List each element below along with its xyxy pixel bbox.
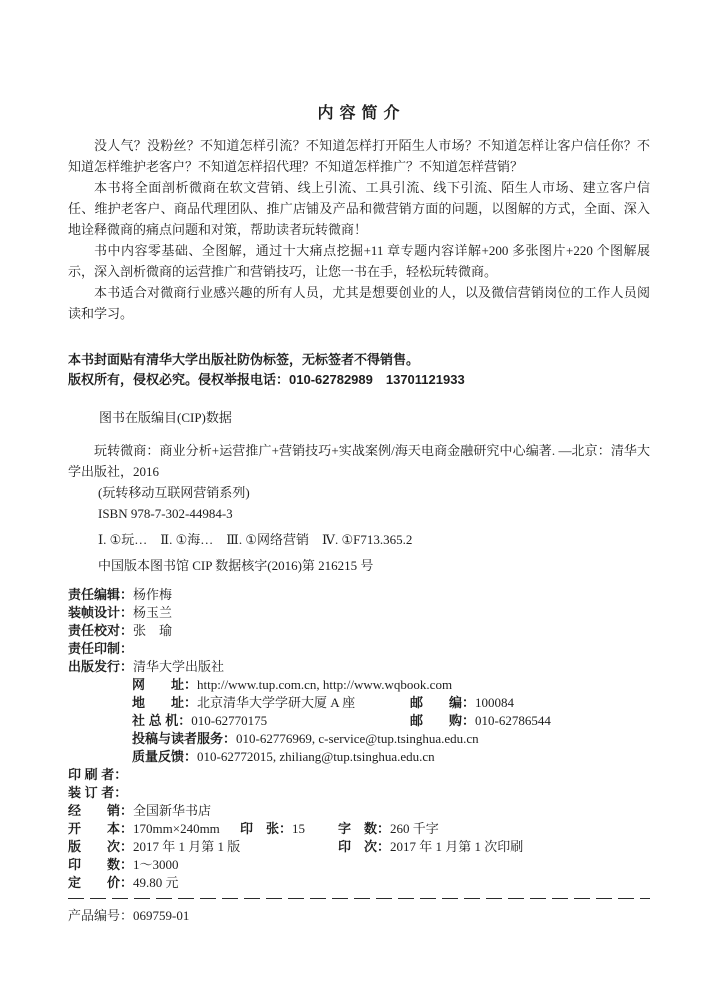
printer-label: 印 刷 者： [68,767,127,782]
distributor-value: 全国新华书店 [133,803,211,818]
designer-value: 杨玉兰 [133,605,172,620]
cip-isbn: ISBN 978-7-302-44984-3 [68,503,650,524]
quality-feedback-value: 010-62772015, zhiliang@tup.tsinghua.edu.… [197,749,435,764]
website-row: 网 址：http://www.tup.com.cn, http://www.wq… [132,676,650,694]
address-value: 北京清华大学学研大厦 A 座 [197,695,355,710]
address-label: 地 址： [132,695,197,710]
designer-row: 装帧设计：杨玉兰 [68,604,650,622]
website-label: 网 址： [132,677,197,692]
anti-piracy-notice: 本书封面贴有清华大学出版社防伪标签，无标签者不得销售。 版权所有，侵权必究。侵权… [68,350,650,390]
distributor-row: 经 销：全国新华书店 [68,802,650,820]
reader-service-row: 投稿与读者服务：010-62776969, c-service@tup.tsin… [132,730,650,748]
cip-record-number: 中国版本图书馆 CIP 数据核字(2016)第 216215 号 [68,555,650,576]
binder-label: 装 订 者： [68,785,127,800]
website-value: http://www.tup.com.cn, http://www.wqbook… [197,677,452,692]
impression-label: 印 次： [338,839,390,854]
switchboard-value: 010-62770175 [191,713,267,728]
switchboard-label: 社 总 机： [132,713,191,728]
postcode-value: 100084 [475,695,514,710]
word-count-value: 260 千字 [390,821,439,836]
price-label: 定 价： [68,875,133,890]
postcode-group: 邮 编：100084 [410,694,514,712]
price-value: 49.80 元 [133,875,179,890]
publisher-row: 出版发行：清华大学出版社 [68,658,650,676]
intro-section: 没人气？没粉丝？不知道怎样引流？不知道怎样打开陌生人市场？不知道怎样让客户信任你… [68,135,650,324]
print-run-row: 印 数：1～3000 [68,856,650,874]
copyright-hotline-line: 版权所有，侵权必究。侵权举报电话：010-62782989 1370112193… [68,370,650,390]
word-count-group: 字 数：260 千字 [338,820,439,838]
intro-paragraph-1: 没人气？没粉丝？不知道怎样引流？不知道怎样打开陌生人市场？不知道怎样让客户信任你… [68,135,650,177]
print-run-value: 1～3000 [133,857,179,872]
format-row: 开 本：170mm×240mm 印 张：15 字 数：260 千字 [68,820,650,838]
product-code-row: 产品编号：069759-01 [68,907,650,925]
editor-label: 责任编辑： [68,587,133,602]
publisher-label: 出版发行： [68,659,133,674]
anti-piracy-line: 本书封面贴有清华大学出版社防伪标签，无标签者不得销售。 [68,350,650,370]
sheets-value: 15 [292,821,305,836]
format-label: 开 本： [68,821,133,836]
edition-label: 版 次： [68,839,133,854]
intro-paragraph-3: 书中内容零基础、全图解，通过十大痛点挖掘+11 章专题内容详解+200 多张图片… [68,240,650,282]
address-row: 地 址：北京清华大学学研大厦 A 座 邮 编：100084 [132,694,650,712]
product-code-label: 产品编号： [68,908,133,923]
print-supervisor-row: 责任印制： [68,640,650,658]
editor-row: 责任编辑：杨作梅 [68,586,650,604]
mail-order-group: 邮 购：010-62786544 [410,712,551,730]
edition-row: 版 次：2017 年 1 月第 1 版 印 次：2017 年 1 月第 1 次印… [68,838,650,856]
printer-row: 印 刷 者： [68,766,650,784]
edition-value: 2017 年 1 月第 1 版 [133,839,240,854]
sheets-group: 印 张：15 [240,820,305,838]
price-row: 定 价：49.80 元 [68,874,650,892]
proofreader-row: 责任校对：张 瑜 [68,622,650,640]
product-code-value: 069759-01 [133,908,189,923]
distributor-label: 经 销： [68,803,133,818]
postcode-label: 邮 编： [410,695,475,710]
mail-order-label: 邮 购： [410,713,475,728]
word-count-label: 字 数： [338,821,390,836]
cip-series: (玩转移动互联网营销系列) [68,482,650,503]
impression-group: 印 次：2017 年 1 月第 1 次印刷 [338,838,523,856]
reader-service-label: 投稿与读者服务： [132,731,236,746]
mail-order-value: 010-62786544 [475,713,551,728]
sheets-label: 印 张： [240,821,292,836]
colophon-section: 责任编辑：杨作梅 装帧设计：杨玉兰 责任校对：张 瑜 责任印制： 出版发行：清华… [68,586,650,892]
page-title: 内 容 简 介 [68,105,650,122]
cip-heading: 图书在版编目(CIP)数据 [68,407,650,428]
cip-entry: 玩转微商：商业分析+运营推广+营销技巧+实战案例/海天电商金融研究中心编著. —… [68,440,650,482]
proofreader-value: 张 瑜 [133,623,172,638]
intro-paragraph-2: 本书将全面剖析微商在软文营销、线上引流、工具引流、线下引流、陌生人市场、建立客户… [68,177,650,240]
dashed-divider [68,898,650,899]
cip-classification: Ⅰ. ①玩… Ⅱ. ①海… Ⅲ. ①网络营销 Ⅳ. ①F713.365.2 [68,529,650,550]
reader-service-value: 010-62776969, c-service@tup.tsinghua.edu… [236,731,479,746]
intro-paragraph-4: 本书适合对微商行业感兴趣的所有人员，尤其是想要创业的人，以及微信营销岗位的工作人… [68,282,650,324]
format-value: 170mm×240mm [133,821,220,836]
quality-feedback-label: 质量反馈： [132,749,197,764]
print-run-label: 印 数： [68,857,133,872]
proofreader-label: 责任校对： [68,623,133,638]
impression-value: 2017 年 1 月第 1 次印刷 [390,839,523,854]
switchboard-row: 社 总 机：010-62770175 邮 购：010-62786544 [132,712,650,730]
print-supervisor-label: 责任印制： [68,641,133,656]
binder-row: 装 订 者： [68,784,650,802]
editor-value: 杨作梅 [133,587,172,602]
designer-label: 装帧设计： [68,605,133,620]
quality-feedback-row: 质量反馈：010-62772015, zhiliang@tup.tsinghua… [132,748,650,766]
publisher-value: 清华大学出版社 [133,659,224,674]
cip-section: 图书在版编目(CIP)数据 玩转微商：商业分析+运营推广+营销技巧+实战案例/海… [68,407,650,576]
copyright-page: 内 容 简 介 没人气？没粉丝？不知道怎样引流？不知道怎样打开陌生人市场？不知道… [0,0,715,1000]
